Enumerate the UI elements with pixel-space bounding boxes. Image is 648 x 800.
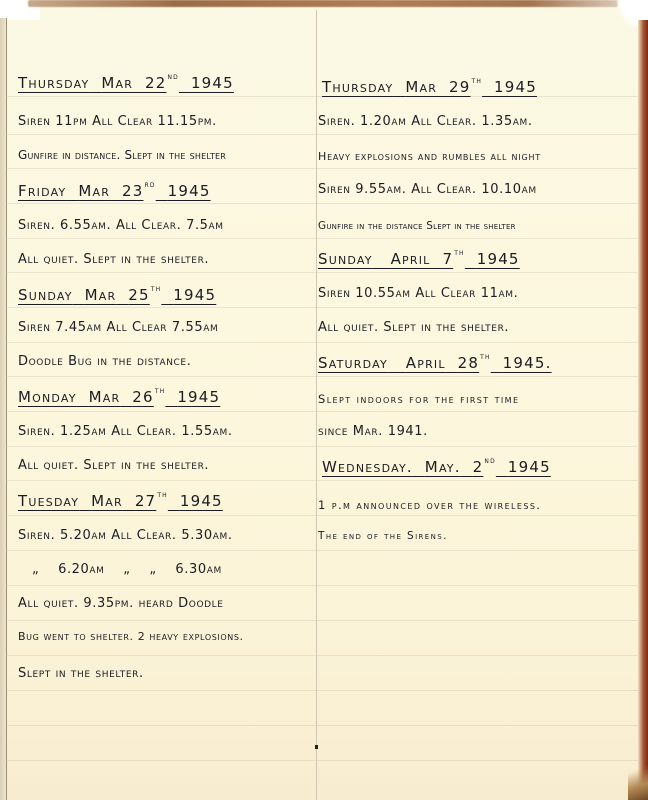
ruled-line: [6, 342, 638, 343]
date-number: 29: [449, 78, 471, 96]
entry-line: Doodle Bug in the distance.: [18, 354, 191, 369]
date-ordinal: th: [151, 284, 162, 294]
entry-date-heading: Saturday April 28th 1945.: [318, 352, 552, 372]
ruled-line: [6, 515, 638, 516]
date-day: Saturday: [318, 354, 388, 372]
date-day: Thursday: [322, 78, 393, 96]
ruled-line: [6, 238, 638, 239]
ink-dot: [315, 745, 318, 749]
entry-line: 1 p.m announced over the wireless.: [318, 498, 541, 512]
ruled-line: [6, 411, 638, 412]
date-month: Mar: [101, 74, 133, 92]
entry-date-heading: Tuesday Mar 27th 1945: [18, 490, 223, 510]
date-number: 28: [458, 354, 480, 372]
date-number: 22: [145, 74, 167, 92]
entry-line: since Mar. 1941.: [318, 424, 428, 439]
page-binding-edge: [0, 18, 7, 800]
entry-line: Siren 11pm All Clear 11.15pm.: [18, 114, 217, 129]
ruled-line: [6, 620, 638, 621]
date-number: 2: [473, 458, 484, 476]
ruled-line: [6, 690, 638, 691]
date-ordinal: nd: [484, 456, 496, 466]
ruled-line: [6, 376, 638, 377]
date-number: 27: [135, 492, 157, 510]
date-year: 1945: [477, 250, 520, 268]
date-day: Monday: [18, 388, 77, 406]
date-month: Mar: [89, 388, 121, 406]
date-year: 1945: [191, 74, 234, 92]
ruled-line: [6, 446, 638, 447]
date-month: April: [406, 354, 446, 372]
entry-line: Gunfire in the distance Slept in the she…: [318, 220, 516, 232]
entry-line: „ 6.20am „ „ 6.30am: [32, 562, 222, 577]
entry-line: Bug went to shelter. 2 heavy explosions.: [18, 630, 244, 643]
entry-line: Slept indoors for the first time: [318, 392, 519, 406]
entry-date-heading: Sunday April 7th 1945: [318, 248, 520, 268]
book-cover-edge: [638, 20, 648, 800]
date-day: Thursday: [18, 74, 89, 92]
date-number: 7: [442, 250, 453, 268]
ruled-line: [6, 134, 638, 135]
entry-line: The end of the Sirens.: [318, 530, 448, 542]
ruled-line: [6, 760, 638, 761]
entry-line: All quiet. Slept in the shelter.: [18, 458, 209, 473]
entry-line: Siren. 6.55am. All Clear. 7.5am: [18, 218, 224, 233]
date-ordinal: nd: [167, 72, 179, 82]
date-ordinal: rd: [144, 180, 155, 190]
date-year: 1945: [180, 492, 223, 510]
entry-line: Slept in the shelter.: [18, 666, 144, 681]
date-year: 1945.: [503, 354, 552, 372]
ruled-line: [6, 203, 638, 204]
entry-date-heading: Friday Mar 23rd 1945: [18, 180, 211, 200]
date-ordinal: th: [454, 248, 465, 258]
entry-date-heading: Thursday Mar 22nd 1945: [18, 72, 234, 92]
ruled-line: [6, 550, 638, 551]
date-ordinal: th: [157, 490, 168, 500]
date-ordinal: th: [155, 386, 166, 396]
date-year: 1945: [177, 388, 220, 406]
entry-line: Siren. 1.20am All Clear. 1.35am.: [318, 114, 533, 129]
entry-line: Siren 10.55am All Clear 11am.: [318, 286, 518, 301]
date-year: 1945: [168, 182, 211, 200]
ruled-line: [6, 272, 638, 273]
entry-date-heading: Wednesday. May. 2nd 1945: [322, 456, 551, 476]
ruled-line: [6, 480, 638, 481]
date-day: Friday: [18, 182, 66, 200]
date-month: May.: [425, 458, 461, 476]
ruled-line: [6, 585, 638, 586]
date-day: Sunday: [318, 250, 373, 268]
entry-date-heading: Thursday Mar 29th 1945: [322, 76, 537, 96]
date-day: Wednesday.: [322, 458, 413, 476]
date-day: Tuesday: [18, 492, 79, 510]
date-year: 1945: [494, 78, 537, 96]
date-day: Sunday: [18, 286, 73, 304]
entry-line: Siren. 5.20am All Clear. 5.30am.: [18, 528, 233, 543]
entry-date-heading: Monday Mar 26th 1945: [18, 386, 220, 406]
date-month: Mar: [85, 286, 117, 304]
entry-line: Siren 7.45am All Clear 7.55am: [18, 320, 218, 335]
ruled-line: [6, 96, 638, 97]
entry-line: All quiet. 9.35pm. heard Doodle: [18, 596, 224, 611]
entry-line: All quiet. Slept in the shelter.: [318, 320, 509, 335]
date-year: 1945: [173, 286, 216, 304]
date-year: 1945: [508, 458, 551, 476]
date-number: 26: [132, 388, 154, 406]
ruled-line: [6, 725, 638, 726]
page-center-margin-rule: [316, 10, 317, 800]
entry-line: Siren 9.55am. All Clear. 10.10am: [318, 182, 537, 197]
date-month: Mar: [78, 182, 110, 200]
diary-page-scan: Thursday Mar 22nd 1945 Siren 11pm All Cl…: [0, 0, 648, 800]
ruled-line: [6, 168, 638, 169]
entry-line: Siren. 1.25am All Clear. 1.55am.: [18, 424, 233, 439]
page-corner-curl-bottom: [628, 750, 648, 800]
date-number: 25: [128, 286, 150, 304]
entry-line: Heavy explosions and rumbles all night: [318, 150, 541, 163]
ruled-line: [6, 307, 638, 308]
entry-date-heading: Sunday Mar 25th 1945: [18, 284, 216, 304]
date-month: Mar: [405, 78, 437, 96]
entry-line: Gunfire in distance. Slept in the shelte…: [18, 148, 226, 162]
entry-line: All quiet. Slept in the shelter.: [18, 252, 209, 267]
date-number: 23: [122, 182, 144, 200]
date-month: April: [391, 250, 431, 268]
date-month: Mar: [91, 492, 123, 510]
date-ordinal: th: [471, 76, 482, 86]
ruled-line: [6, 655, 638, 656]
date-ordinal: th: [480, 352, 491, 362]
book-top-edge: [28, 0, 618, 7]
